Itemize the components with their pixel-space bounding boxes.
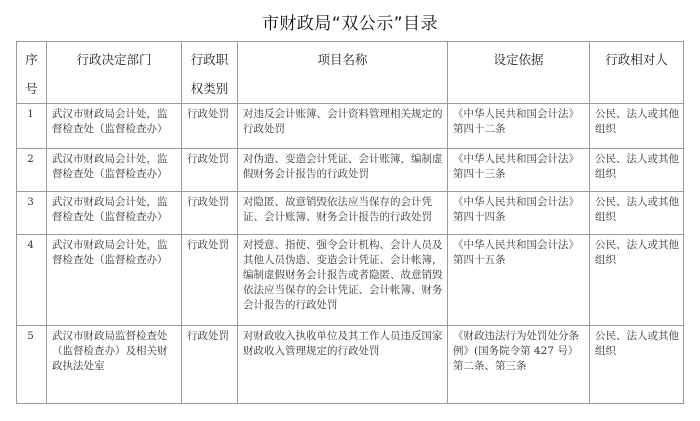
cell-basis: 《中华人民共和国会计法》第四十五条	[448, 235, 590, 326]
cell-counterpart: 公民、法人或其他组织	[590, 104, 684, 149]
table-row: 2 武汉市财政局会计处，监督检查处（监督检查办） 行政处罚 对伪造、变造会计凭证…	[17, 149, 684, 192]
catalog-table: 序 号 行政决定部门 行政职 权类别 项目名称 设定依据 行政相对人 1 武汉市…	[16, 41, 684, 404]
cell-no: 3	[17, 192, 47, 235]
cell-item: 对违反会计账簿、会计资料管理相关规定的行政处罚	[238, 104, 448, 149]
table-row: 4 武汉市财政局会计处，监督检查处（监督检查办） 行政处罚 对授意、指使、强令会…	[17, 235, 684, 326]
cell-basis: 《中华人民共和国会计法》第四十四条	[448, 192, 590, 235]
header-basis: 设定依据	[448, 42, 590, 104]
header-department: 行政决定部门	[47, 42, 182, 104]
table-row: 1 武汉市财政局会计处，监督检查处（监督检查办） 行政处罚 对违反会计账簿、会计…	[17, 104, 684, 149]
cell-department: 武汉市财政局会计处，监督检查处（监督检查办）	[47, 235, 182, 326]
document-title: 市财政局“双公示”目录	[0, 9, 700, 34]
cell-basis: 《财政违法行为处罚处分条例》(国务院令第 427 号）第二条、第三条	[448, 326, 590, 404]
cell-item: 对财政收入执收单位及其工作人员违反国家财政收入管理规定的行政处罚	[238, 326, 448, 404]
cell-counterpart: 公民、法人或其他组织	[590, 235, 684, 326]
header-category: 行政职 权类别	[182, 42, 238, 104]
cell-no: 1	[17, 104, 47, 149]
header-counterpart: 行政相对人	[590, 42, 684, 104]
cell-category: 行政处罚	[182, 235, 238, 326]
cell-no: 5	[17, 326, 47, 404]
cell-basis: 《中华人民共和国会计法》第四十三条	[448, 149, 590, 192]
cell-category: 行政处罚	[182, 104, 238, 149]
cell-category: 行政处罚	[182, 149, 238, 192]
cell-department: 武汉市财政局会计处，监督检查处（监督检查办）	[47, 104, 182, 149]
cell-department: 武汉市财政局会计处，监督检查处（监督检查办）	[47, 149, 182, 192]
cell-category: 行政处罚	[182, 326, 238, 404]
header-no: 序 号	[17, 42, 47, 104]
table-row: 3 武汉市财政局会计处，监督检查处（监督检查办） 行政处罚 对隐匿、故意销毁依法…	[17, 192, 684, 235]
cell-counterpart: 公民、法人或其他组织	[590, 326, 684, 404]
cell-item: 对隐匿、故意销毁依法应当保存的会计凭证、会计账簿、财务会计报告的行政处罚	[238, 192, 448, 235]
cell-department: 武汉市财政局监督检查处（监督检查办）及相关财政执法处室	[47, 326, 182, 404]
table-header-row: 序 号 行政决定部门 行政职 权类别 项目名称 设定依据 行政相对人	[17, 42, 684, 104]
header-item: 项目名称	[238, 42, 448, 104]
cell-counterpart: 公民、法人或其他组织	[590, 192, 684, 235]
table-row: 5 武汉市财政局监督检查处（监督检查办）及相关财政执法处室 行政处罚 对财政收入…	[17, 326, 684, 404]
cell-counterpart: 公民、法人或其他组织	[590, 149, 684, 192]
cell-no: 2	[17, 149, 47, 192]
cell-no: 4	[17, 235, 47, 326]
cell-department: 武汉市财政局会计处，监督检查处（监督检查办）	[47, 192, 182, 235]
cell-item: 对伪造、变造会计凭证、会计账簿，编制虚假财务会计报告的行政处罚	[238, 149, 448, 192]
cell-basis: 《中华人民共和国会计法》第四十二条	[448, 104, 590, 149]
cell-item: 对授意、指使、强令会计机构、会计人员及其他人员伪造、变造会计凭证、会计帐簿，编制…	[238, 235, 448, 326]
cell-category: 行政处罚	[182, 192, 238, 235]
